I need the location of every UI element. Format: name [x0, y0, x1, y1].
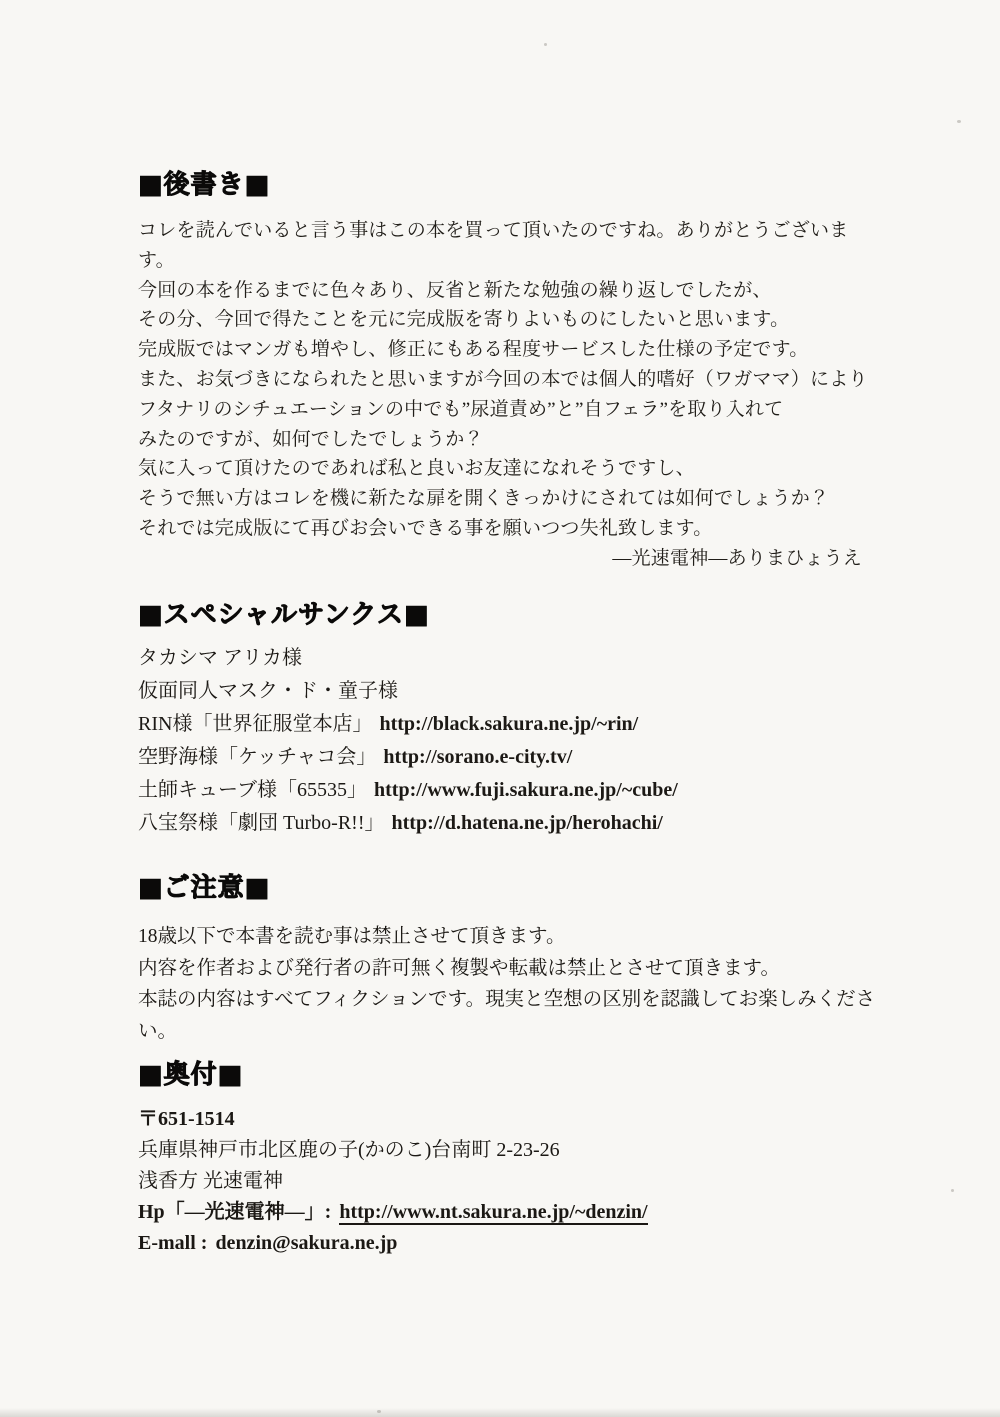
special-thanks-heading: ■スペシャルサンクス■ [138, 598, 882, 632]
afterword-line: そうで無い方はコレを機に新たな扉を開くきっかけにされては如何でしょうか？ [138, 484, 882, 514]
homepage-url: http://www.nt.sakura.ne.jp/~denzin/ [339, 1201, 647, 1225]
notice-section: ■ご注意■ 18歳以下で本書を読む事は禁止させて頂きます。 内容を作者および発行… [138, 871, 882, 1047]
notice-heading: ■ご注意■ [138, 871, 882, 905]
colophon-heading: ■奥付■ [138, 1058, 882, 1092]
notice-line: 内容を作者および発行者の許可無く複製や転載は禁止とさせて頂きます。 [138, 953, 882, 985]
afterword-line: コレを読んでいると言う事はこの本を買って頂いたのですね。ありがとうございます。 [138, 216, 882, 276]
notice-line: 18歳以下で本書を読む事は禁止させて頂きます。 [138, 921, 882, 953]
afterword-section: ■後書き■ コレを読んでいると言う事はこの本を買って頂いたのですね。ありがとうご… [138, 168, 882, 574]
afterword-line: 完成版ではマンガも増やし、修正にもある程度サービスした仕様の予定です。 [138, 335, 882, 365]
thanks-name: RIN様「世界征服堂本店」 [138, 713, 372, 735]
afterword-line: また、お気づきになられたと思いますが今回の本では個人的嗜好（ワガママ）により [138, 365, 882, 395]
email-label: E-mall : [138, 1232, 207, 1254]
thanks-url: http://black.sakura.ne.jp/~rin/ [379, 713, 638, 735]
scan-speck [544, 43, 547, 46]
scan-edge-shadow [0, 1408, 1000, 1417]
special-thanks-list: タカシマ アリカ様 仮面同人マスク・ド・童子様 RIN様「世界征服堂本店」htt… [138, 642, 882, 840]
afterword-body: コレを読んでいると言う事はこの本を買って頂いたのですね。ありがとうございます。 … [138, 216, 882, 574]
special-thanks-section: ■スペシャルサンクス■ タカシマ アリカ様 仮面同人マスク・ド・童子様 RIN様… [138, 598, 882, 840]
address-line: 兵庫県神戸市北区鹿の子(かのこ)台南町 2-23-26 [138, 1135, 882, 1166]
scan-speck [957, 120, 961, 123]
thanks-name: 空野海様「ケッチャコ会」 [138, 746, 376, 768]
thanks-url: http://www.fuji.sakura.ne.jp/~cube/ [374, 779, 678, 801]
afterword-line: それでは完成版にて再びお会いできる事を願いつつ失礼致します。 [138, 514, 882, 544]
afterword-line: 気に入って頂けたのであれば私と良いお友達になれそうですし、 [138, 454, 882, 484]
list-item: 八宝祭様「劇団 Turbo-R!!」http://d.hatena.ne.jp/… [138, 807, 882, 840]
homepage-line: Hp「―光速電神―」:http://www.nt.sakura.ne.jp/~d… [138, 1197, 882, 1228]
list-item: 土師キューブ様「65535」http://www.fuji.sakura.ne.… [138, 774, 882, 807]
colophon-body: 〒651-1514 兵庫県神戸市北区鹿の子(かのこ)台南町 2-23-26 浅香… [138, 1104, 882, 1259]
postal-code-line: 〒651-1514 [138, 1104, 882, 1135]
care-of-line: 浅香方 光速電神 [138, 1166, 882, 1197]
afterword-line: みたのですが、如何でしたでしょうか？ [138, 425, 882, 455]
scanned-afterword-page: ■後書き■ コレを読んでいると言う事はこの本を買って頂いたのですね。ありがとうご… [0, 0, 1000, 1417]
homepage-label: Hp「―光速電神―」: [138, 1201, 331, 1223]
scan-speck [951, 1189, 954, 1192]
list-item: RIN様「世界征服堂本店」http://black.sakura.ne.jp/~… [138, 708, 882, 741]
afterword-line: 今回の本を作るまでに色々あり、反省と新たな勉強の繰り返しでしたが、 [138, 276, 882, 306]
notice-body: 18歳以下で本書を読む事は禁止させて頂きます。 内容を作者および発行者の許可無く… [138, 921, 882, 1047]
email-line: E-mall :denzin@sakura.ne.jp [138, 1228, 882, 1259]
thanks-url: http://sorano.e-city.tv/ [383, 746, 572, 768]
list-item: 空野海様「ケッチャコ会」http://sorano.e-city.tv/ [138, 741, 882, 774]
author-signature: ―光速電神―ありまひょうえ [138, 544, 882, 574]
list-item: 仮面同人マスク・ド・童子様 [138, 675, 882, 708]
thanks-name: 八宝祭様「劇団 Turbo-R!!」 [138, 812, 385, 834]
thanks-name: 土師キューブ様「65535」 [138, 779, 367, 801]
list-item: タカシマ アリカ様 [138, 642, 882, 675]
thanks-url: http://d.hatena.ne.jp/herohachi/ [392, 812, 663, 834]
notice-line: 本誌の内容はすべてフィクションです。現実と空想の区別を認識してお楽しみください。 [138, 984, 882, 1047]
thanks-name: タカシマ アリカ様 [138, 647, 302, 669]
email-address: denzin@sakura.ne.jp [215, 1232, 397, 1254]
afterword-line: その分、今回で得たことを元に完成版を寄りよいものにしたいと思います。 [138, 305, 882, 335]
colophon-section: ■奥付■ 〒651-1514 兵庫県神戸市北区鹿の子(かのこ)台南町 2-23-… [138, 1058, 882, 1259]
afterword-heading: ■後書き■ [138, 168, 882, 202]
afterword-line: フタナリのシチュエーションの中でも”尿道責め”と”自フェラ”を取り入れて [138, 395, 882, 425]
thanks-name: 仮面同人マスク・ド・童子様 [138, 680, 398, 702]
